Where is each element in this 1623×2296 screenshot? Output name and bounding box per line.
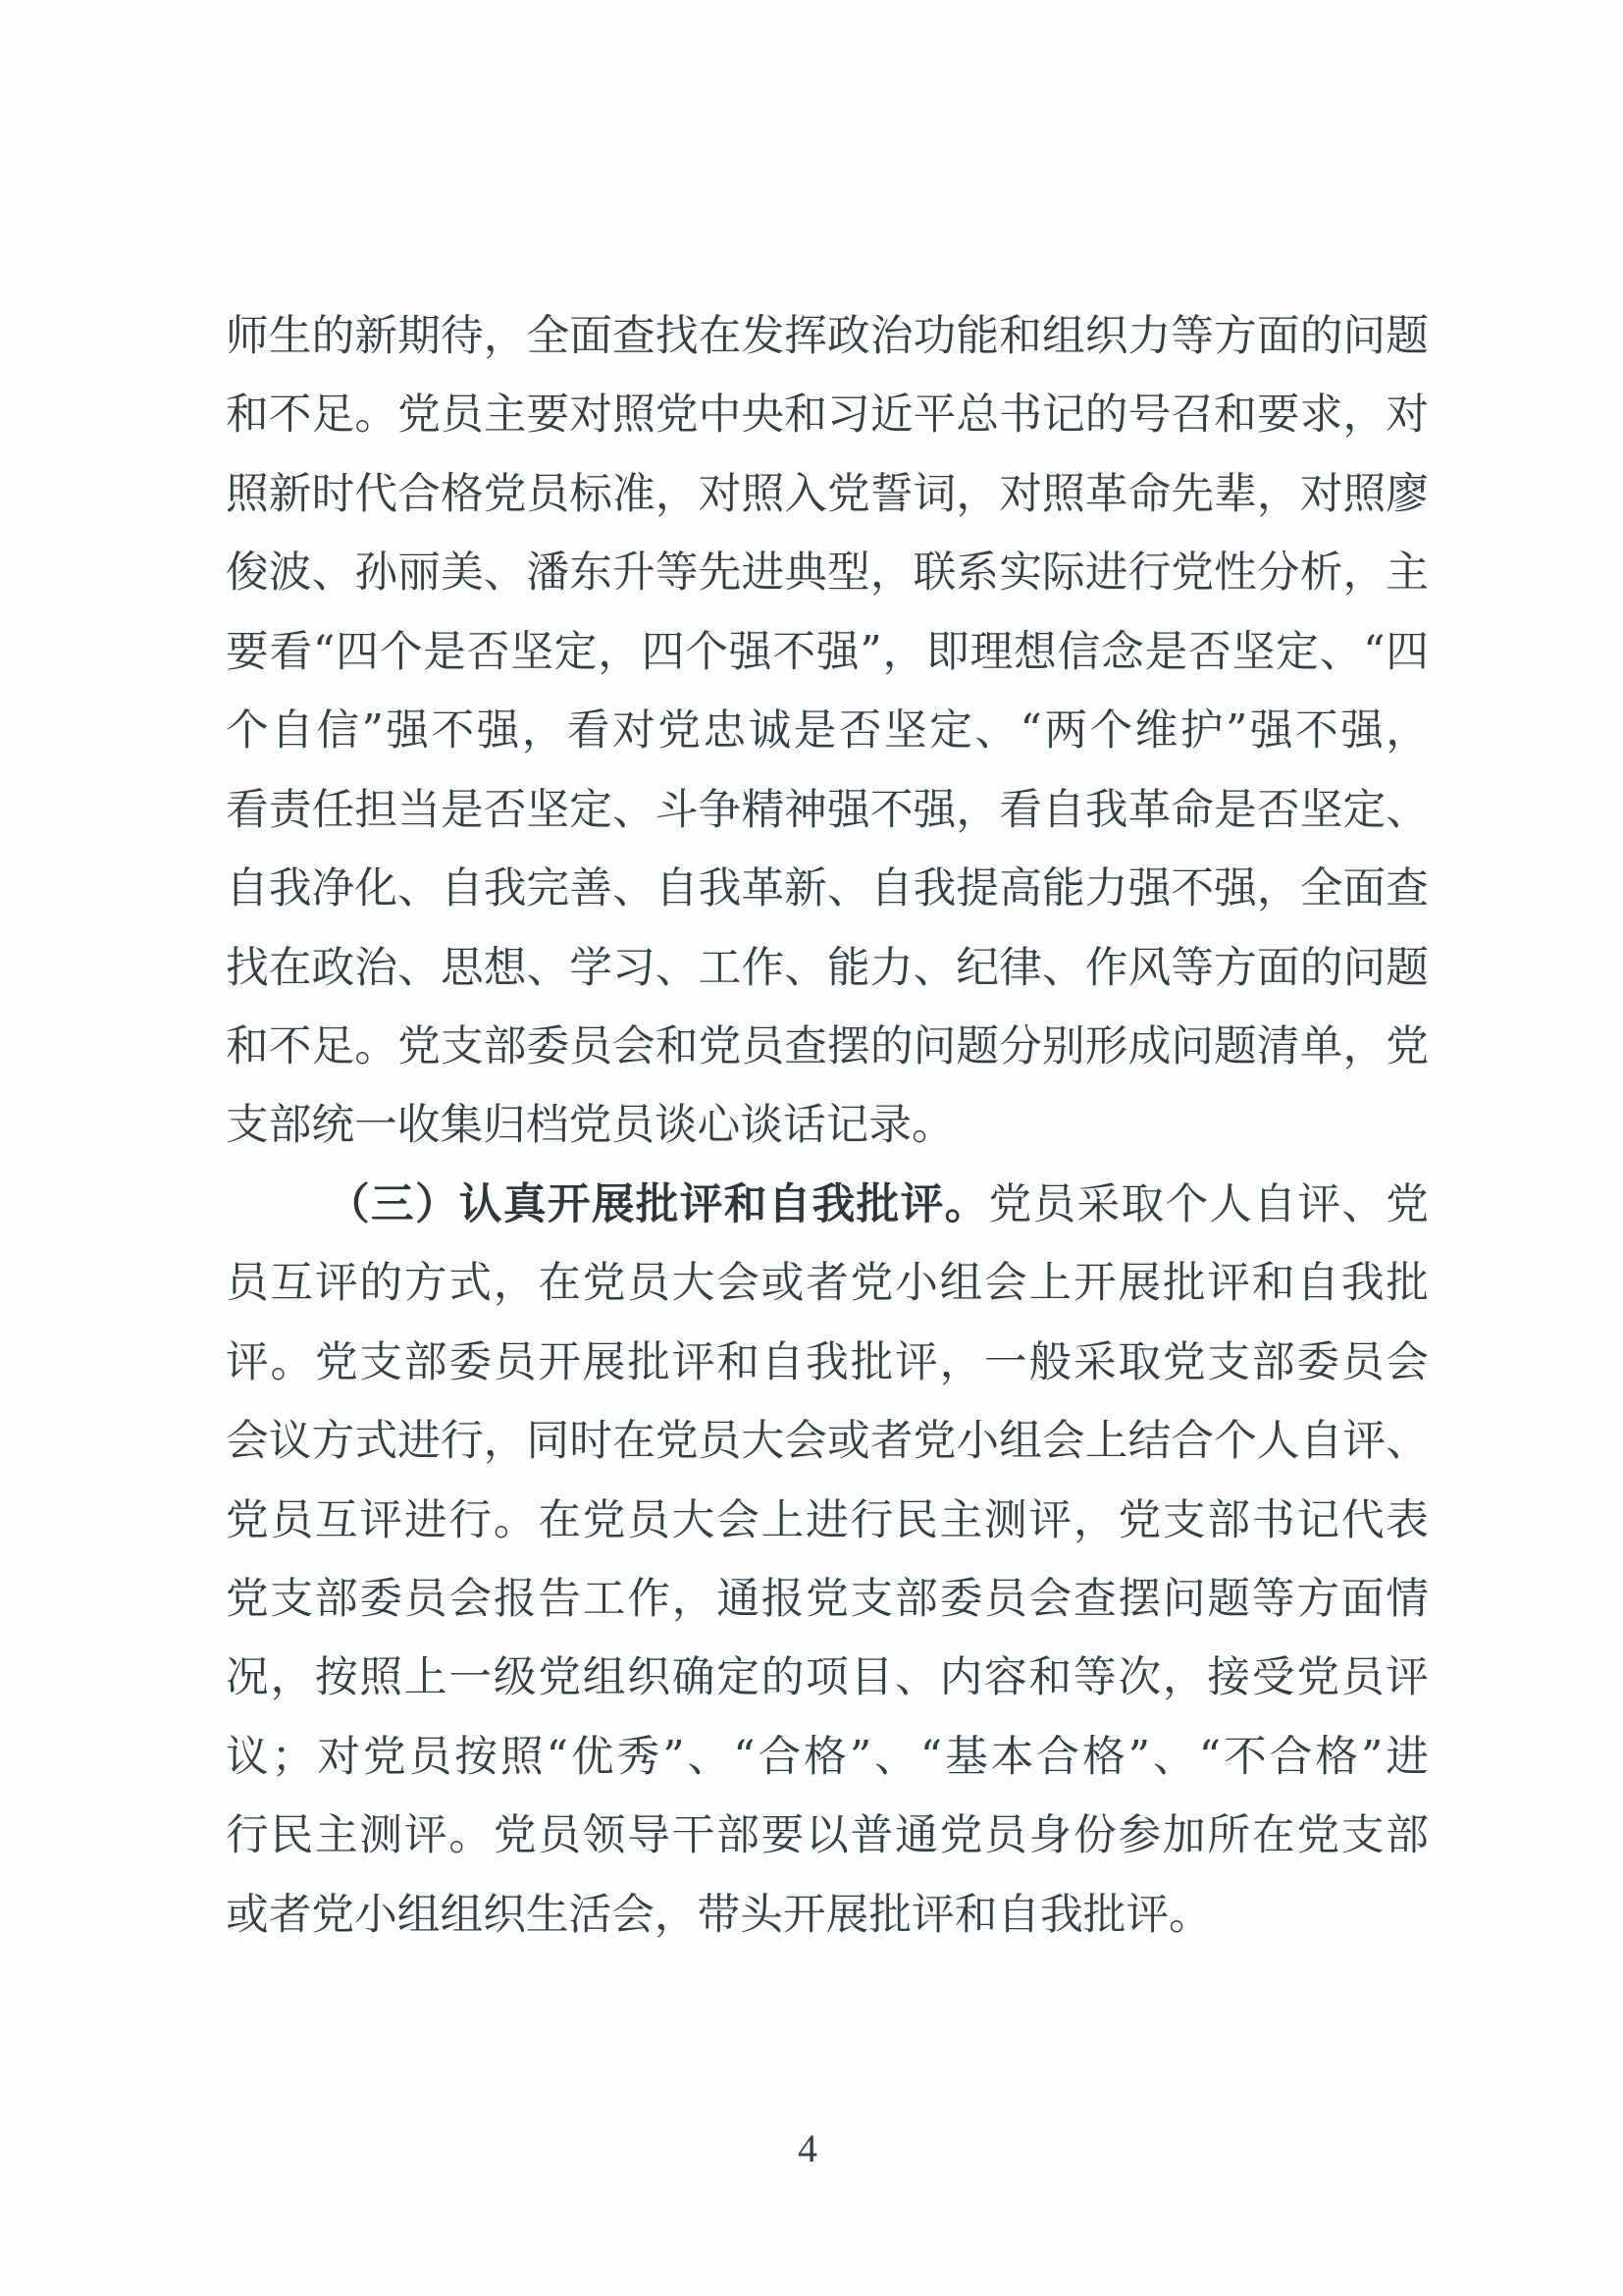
text-line: 俊波、孙丽美、潘东升等先进典型，联系实际进行党性分析，主 — [226, 534, 1429, 612]
page-body: 师生的新期待，全面查找在发挥政治功能和组织力等方面的问题 和不足。党员主要对照党… — [226, 297, 1429, 1955]
text-line: 员互评的方式，在党员大会或者党小组会上开展批评和自我批 — [226, 1244, 1429, 1323]
text-line: 和不足。党支部委员会和党员查摆的问题分别形成问题清单，党 — [226, 1008, 1429, 1086]
paragraph-self-examination: 师生的新期待，全面查找在发挥政治功能和组织力等方面的问题 和不足。党员主要对照党… — [226, 297, 1429, 1166]
text-line: 况，按照上一级党组织确定的项目、内容和等次，接受党员评 — [226, 1639, 1429, 1717]
text-line: 支部统一收集归档党员谈心谈话记录。 — [226, 1086, 1429, 1165]
text-line: 议；对党员按照“优秀”、“合格”、“基本合格”、“不合格”进 — [226, 1718, 1429, 1797]
text-line: 师生的新期待，全面查找在发挥政治功能和组织力等方面的问题 — [226, 297, 1429, 376]
text-line: 和不足。党员主要对照党中央和习近平总书记的号召和要求，对 — [226, 376, 1429, 454]
text-line: 看责任担当是否坚定、斗争精神强不强，看自我革命是否坚定、 — [226, 771, 1429, 850]
text-line: 会议方式进行，同时在党员大会或者党小组会上结合个人自评、 — [226, 1402, 1429, 1481]
text-line: 评。党支部委员开展批评和自我批评，一般采取党支部委员会 — [226, 1324, 1429, 1402]
text-line: 照新时代合格党员标准，对照入党誓词，对照革命先辈，对照廖 — [226, 455, 1429, 534]
page-number: 4 — [791, 2127, 824, 2170]
text-line: 个自信”强不强，看对党忠诚是否坚定、“两个维护”强不强， — [226, 692, 1429, 770]
text-line: 找在政治、思想、学习、工作、能力、纪律、作风等方面的问题 — [226, 929, 1429, 1008]
paragraph-criticism-self-criticism: （三）认真开展批评和自我批评。党员采取个人自评、党 员互评的方式，在党员大会或者… — [226, 1166, 1429, 1955]
heading-line: （三）认真开展批评和自我批评。党员采取个人自评、党 — [226, 1166, 1429, 1244]
section-heading: （三）认真开展批评和自我批评。 — [327, 1179, 989, 1229]
text-line: 党支部委员会报告工作，通报党支部委员会查摆问题等方面情 — [226, 1560, 1429, 1639]
heading-line-text: 党员采取个人自评、党 — [989, 1179, 1429, 1229]
document-page: 师生的新期待，全面查找在发挥政治功能和组织力等方面的问题 和不足。党员主要对照党… — [0, 0, 1623, 2296]
text-line: 自我净化、自我完善、自我革新、自我提高能力强不强，全面查 — [226, 850, 1429, 928]
text-line: 要看“四个是否坚定，四个强不强”，即理想信念是否坚定、“四 — [226, 613, 1429, 692]
text-line: 行民主测评。党员领导干部要以普通党员身份参加所在党支部 — [226, 1797, 1429, 1875]
text-line: 或者党小组组织生活会，带头开展批评和自我批评。 — [226, 1876, 1429, 1955]
text-line: 党员互评进行。在党员大会上进行民主测评，党支部书记代表 — [226, 1482, 1429, 1560]
